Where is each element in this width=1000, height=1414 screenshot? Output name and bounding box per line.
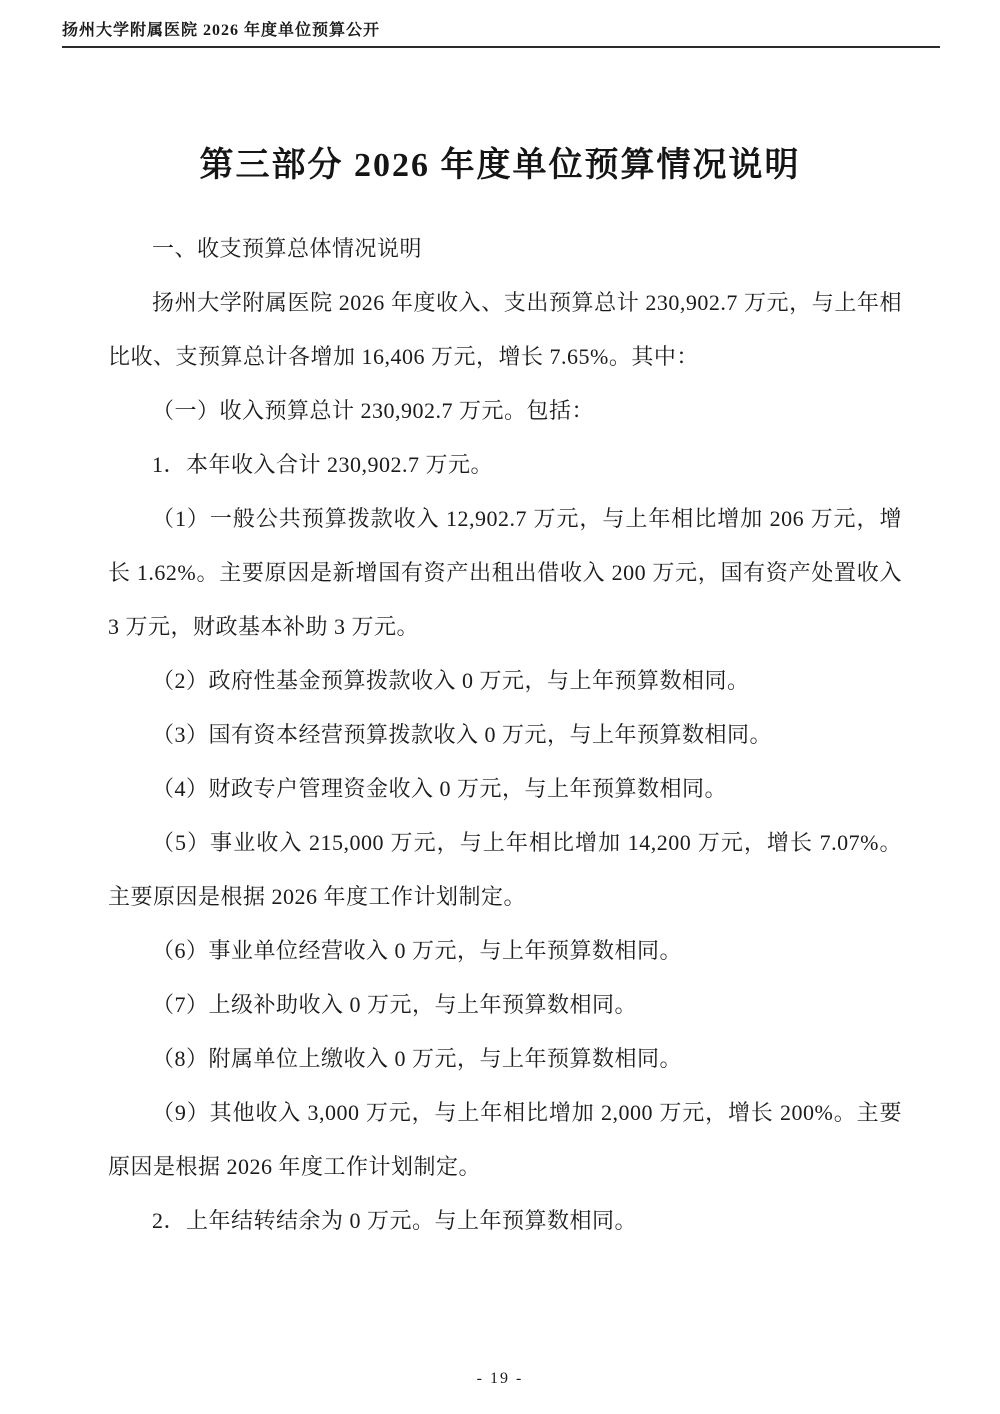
paragraph-item-9: （9）其他收入 3,000 万元，与上年相比增加 2,000 万元，增长 200…	[108, 1086, 902, 1194]
paragraph-item-1: （1）一般公共预算拨款收入 12,902.7 万元，与上年相比增加 206 万元…	[108, 492, 902, 654]
paragraph-item-7: （7）上级补助收入 0 万元，与上年预算数相同。	[108, 978, 902, 1032]
paragraph-carryover: 2．上年结转结余为 0 万元。与上年预算数相同。	[108, 1194, 902, 1248]
document-page: 扬州大学附属医院 2026 年度单位预算公开 第三部分 2026 年度单位预算情…	[0, 0, 1000, 1414]
paragraph-item-3: （3）国有资本经营预算拨款收入 0 万元，与上年预算数相同。	[108, 708, 902, 762]
paragraph-income-total: （一）收入预算总计 230,902.7 万元。包括：	[108, 384, 902, 438]
document-title: 第三部分 2026 年度单位预算情况说明	[0, 137, 1000, 186]
paragraph-item-2: （2）政府性基金预算拨款收入 0 万元，与上年预算数相同。	[108, 654, 902, 708]
document-body: 一、收支预算总体情况说明 扬州大学附属医院 2026 年度收入、支出预算总计 2…	[108, 222, 902, 1248]
section-heading: 一、收支预算总体情况说明	[108, 222, 902, 276]
paragraph-item-6: （6）事业单位经营收入 0 万元，与上年预算数相同。	[108, 924, 902, 978]
page-number: - 19 -	[0, 1370, 1000, 1388]
page-header-text: 扬州大学附属医院 2026 年度单位预算公开	[62, 17, 938, 40]
paragraph-item-5: （5）事业收入 215,000 万元，与上年相比增加 14,200 万元，增长 …	[108, 816, 902, 924]
paragraph-current-year-income: 1．本年收入合计 230,902.7 万元。	[108, 438, 902, 492]
paragraph-item-4: （4）财政专户管理资金收入 0 万元，与上年预算数相同。	[108, 762, 902, 816]
header-divider	[62, 46, 940, 48]
paragraph-item-8: （8）附属单位上缴收入 0 万元，与上年预算数相同。	[108, 1032, 902, 1086]
paragraph-total-budget: 扬州大学附属医院 2026 年度收入、支出预算总计 230,902.7 万元，与…	[108, 276, 902, 384]
